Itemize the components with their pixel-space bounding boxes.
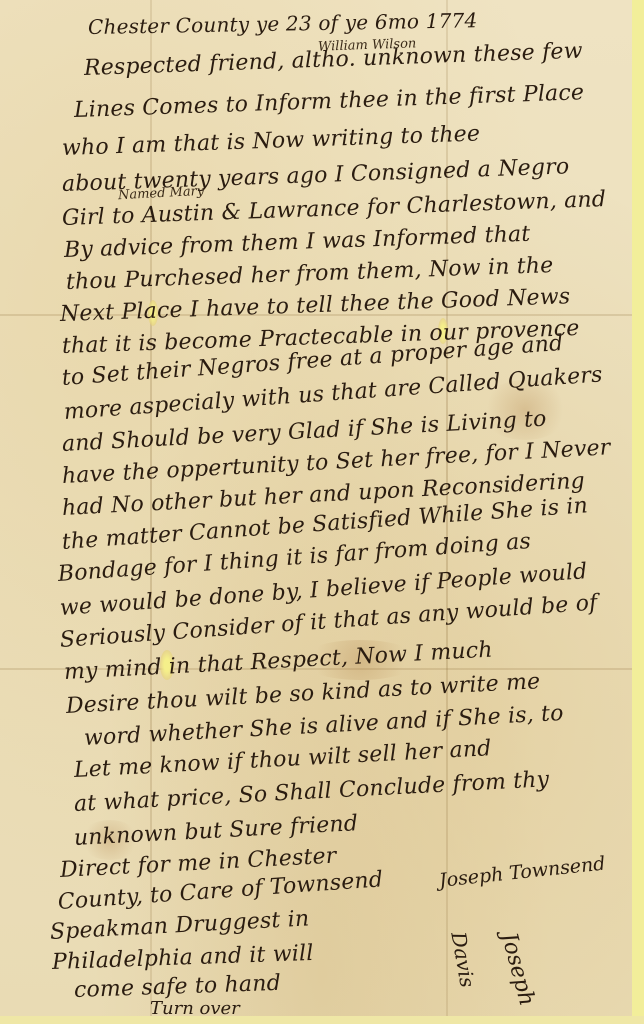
letter-line: Lines Comes to Inform thee in the first … [74, 80, 585, 124]
signature-first-name: Joseph [496, 930, 539, 1009]
turn-over-note: Turn over [150, 998, 240, 1019]
side-note-townsend: Joseph Townsend [438, 853, 606, 892]
interlinear-note: Named Mary [118, 184, 205, 203]
letter-heading: Chester County ye 23 of ye 6mo 1774 [88, 7, 478, 40]
letter-line: who I am that is Now writing to thee [62, 121, 481, 162]
letter-scan: Chester County ye 23 of ye 6mo 1774 Will… [0, 0, 644, 1024]
letter-body: Chester County ye 23 of ye 6mo 1774 Will… [0, 0, 644, 1024]
signature-last-name: Davis [446, 930, 479, 989]
